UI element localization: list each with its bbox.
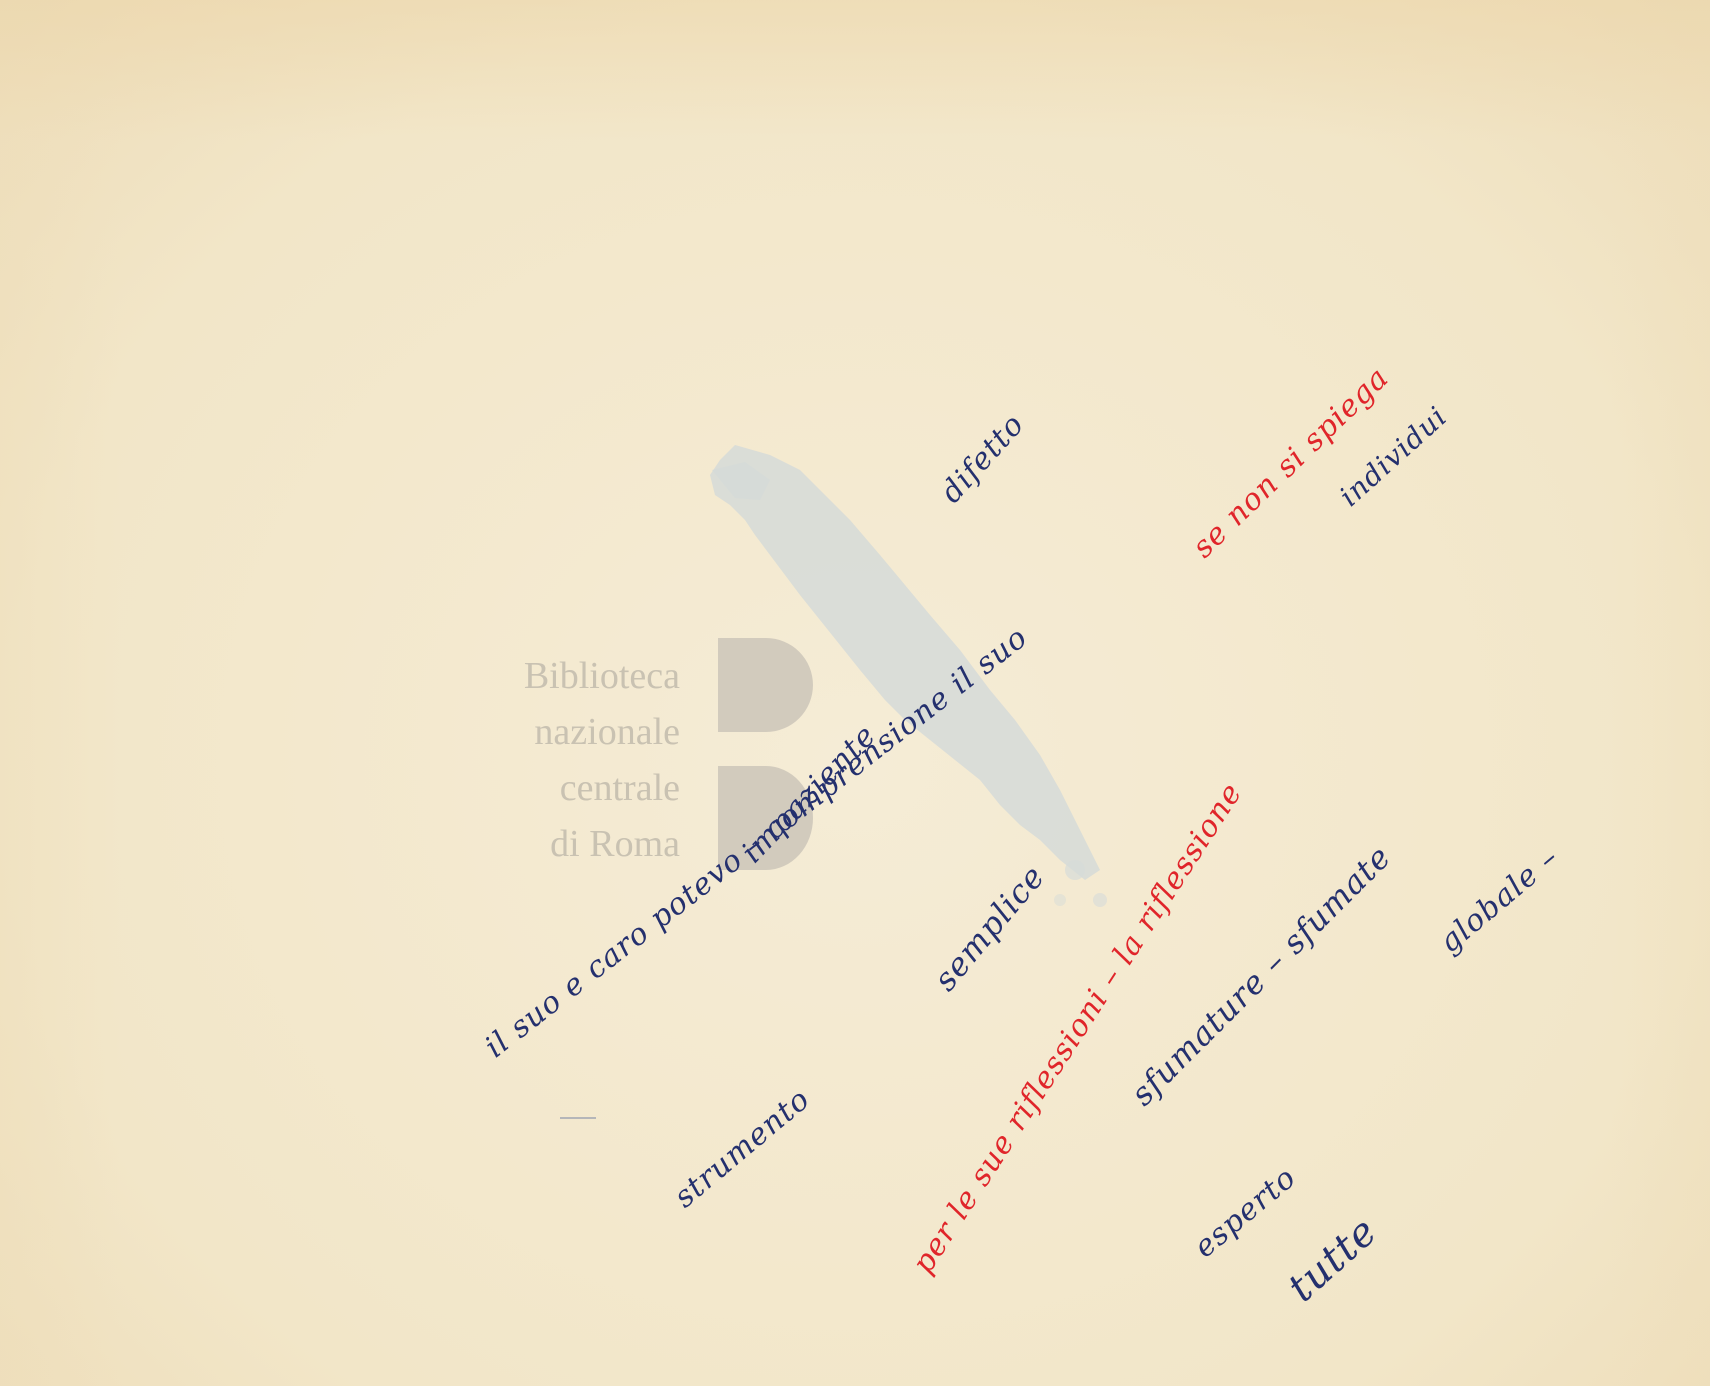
handwritten-line: globale – [1433, 840, 1566, 960]
watermark-line: Biblioteca [480, 648, 680, 704]
handwritten-line: difetto [934, 407, 1032, 510]
manuscript-page: Biblioteca nazionale centrale di Roma il… [0, 0, 1710, 1386]
watermark-line: centrale [480, 760, 680, 816]
watermark-stripe-graphic [0, 0, 1710, 1386]
handwritten-line: esperto [1188, 1160, 1304, 1265]
watermark-text: Biblioteca nazionale centrale di Roma [480, 648, 680, 872]
handwritten-line: strumento [668, 1082, 817, 1215]
ink-mark [560, 1117, 596, 1119]
handwritten-line: semplice [926, 858, 1053, 998]
watermark-line: di Roma [480, 816, 680, 872]
watermark-line: nazionale [480, 704, 680, 760]
handwritten-line: tutte [1279, 1208, 1386, 1311]
